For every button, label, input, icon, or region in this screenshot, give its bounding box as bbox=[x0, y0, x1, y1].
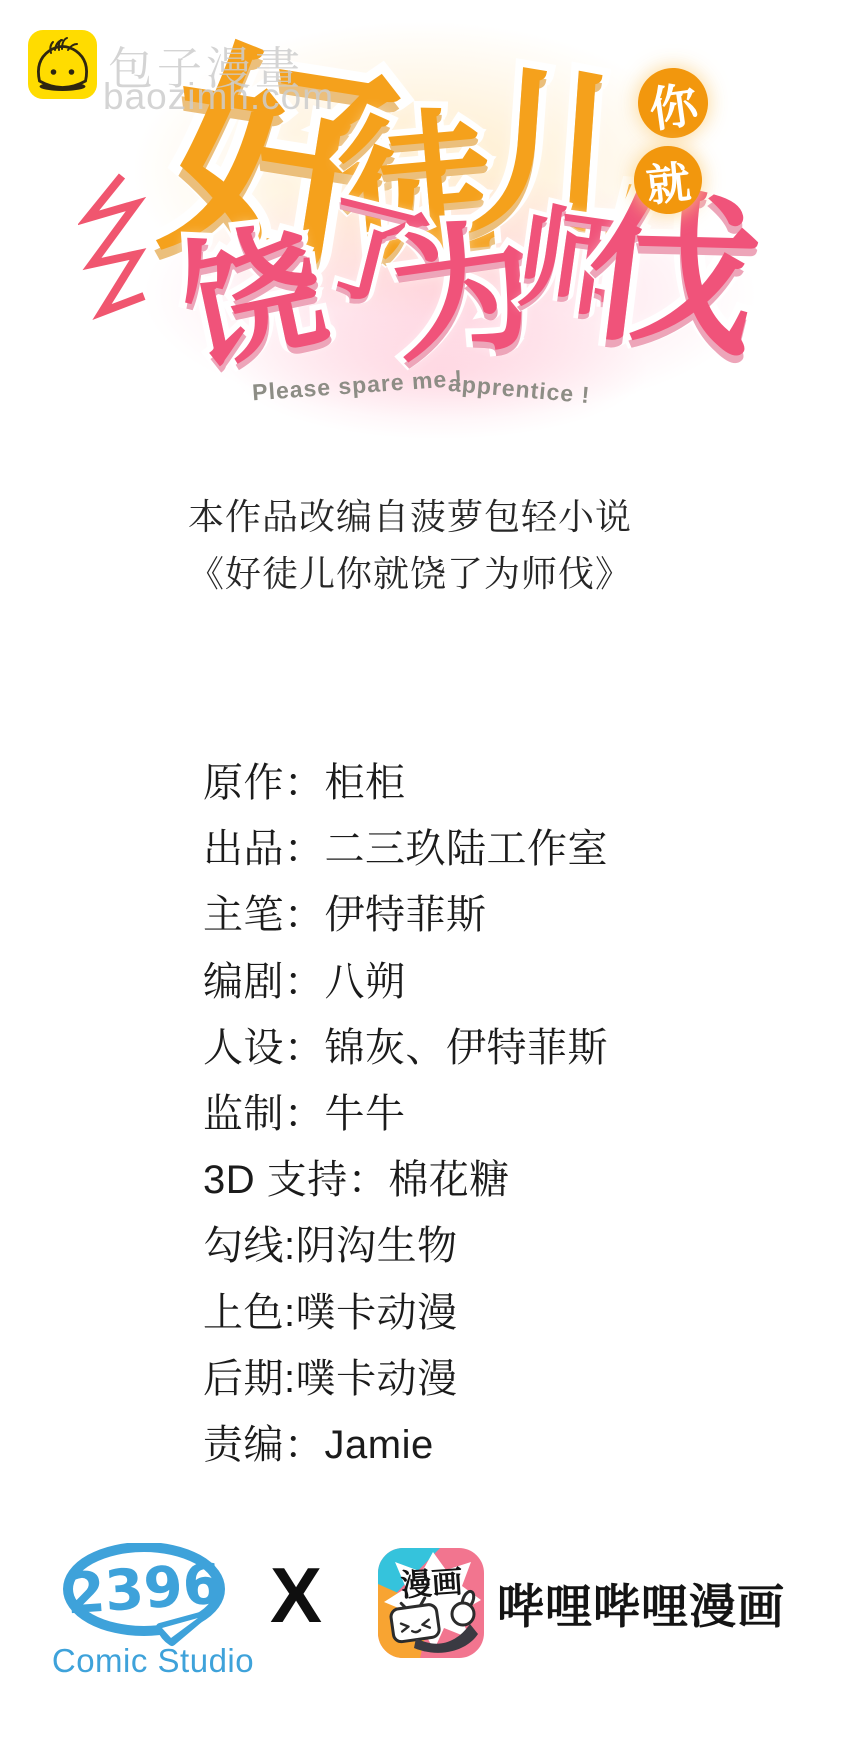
platform-name-label: 哔哩哔哩漫画 bbox=[497, 1570, 785, 1637]
credit-row: 3D 支持：棉花糖 bbox=[203, 1147, 608, 1213]
credit-row: 监制：牛牛 bbox=[203, 1081, 608, 1147]
credit-row: 人设：锦灰、伊特菲斯 bbox=[203, 1015, 608, 1081]
comic-credits-page: 包子漫畫 baozimh.com 好 好 徒 徒 儿 儿 你 就 饶 饶 了 了… bbox=[0, 0, 850, 1758]
credit-row: 原作：柜柜 bbox=[203, 750, 608, 816]
credit-row: 编剧：八朔 bbox=[203, 949, 608, 1015]
bilibili-manga-icon-label: 漫画 bbox=[400, 1564, 464, 1603]
credit-row: 上色:噗卡动漫 bbox=[203, 1280, 608, 1346]
adaptation-note-line1: 本作品改编自菠萝包轻小说 bbox=[0, 489, 820, 540]
studio-number: 2396 bbox=[64, 1552, 224, 1628]
bilibili-manga-app-icon: 漫画 bbox=[378, 1548, 484, 1660]
studio-2396-speech-bubble-icon: 2396 bbox=[58, 1543, 238, 1649]
studio-name-label: Comic Studio bbox=[48, 1642, 258, 1680]
collaboration-x-separator: X bbox=[270, 1556, 322, 1634]
baozi-bun-logo-icon bbox=[28, 30, 97, 99]
credit-row: 主笔：伊特菲斯 bbox=[203, 882, 608, 948]
subtitle-english-right: apprentice ! bbox=[447, 370, 591, 409]
site-url-watermark: baozimh.com bbox=[103, 76, 334, 118]
adaptation-note-line2: 《好徒儿你就饶了为师伐》 bbox=[0, 546, 820, 597]
credit-row: 勾线:阴沟生物 bbox=[203, 1213, 608, 1279]
credits-list: 原作：柜柜 出品：二三玖陆工作室 主笔：伊特菲斯 编剧：八朔 人设：锦灰、伊特菲… bbox=[203, 750, 608, 1478]
credit-row: 责编：Jamie bbox=[203, 1412, 608, 1478]
credit-row: 后期:噗卡动漫 bbox=[203, 1346, 608, 1412]
credit-row: 出品：二三玖陆工作室 bbox=[203, 816, 608, 882]
